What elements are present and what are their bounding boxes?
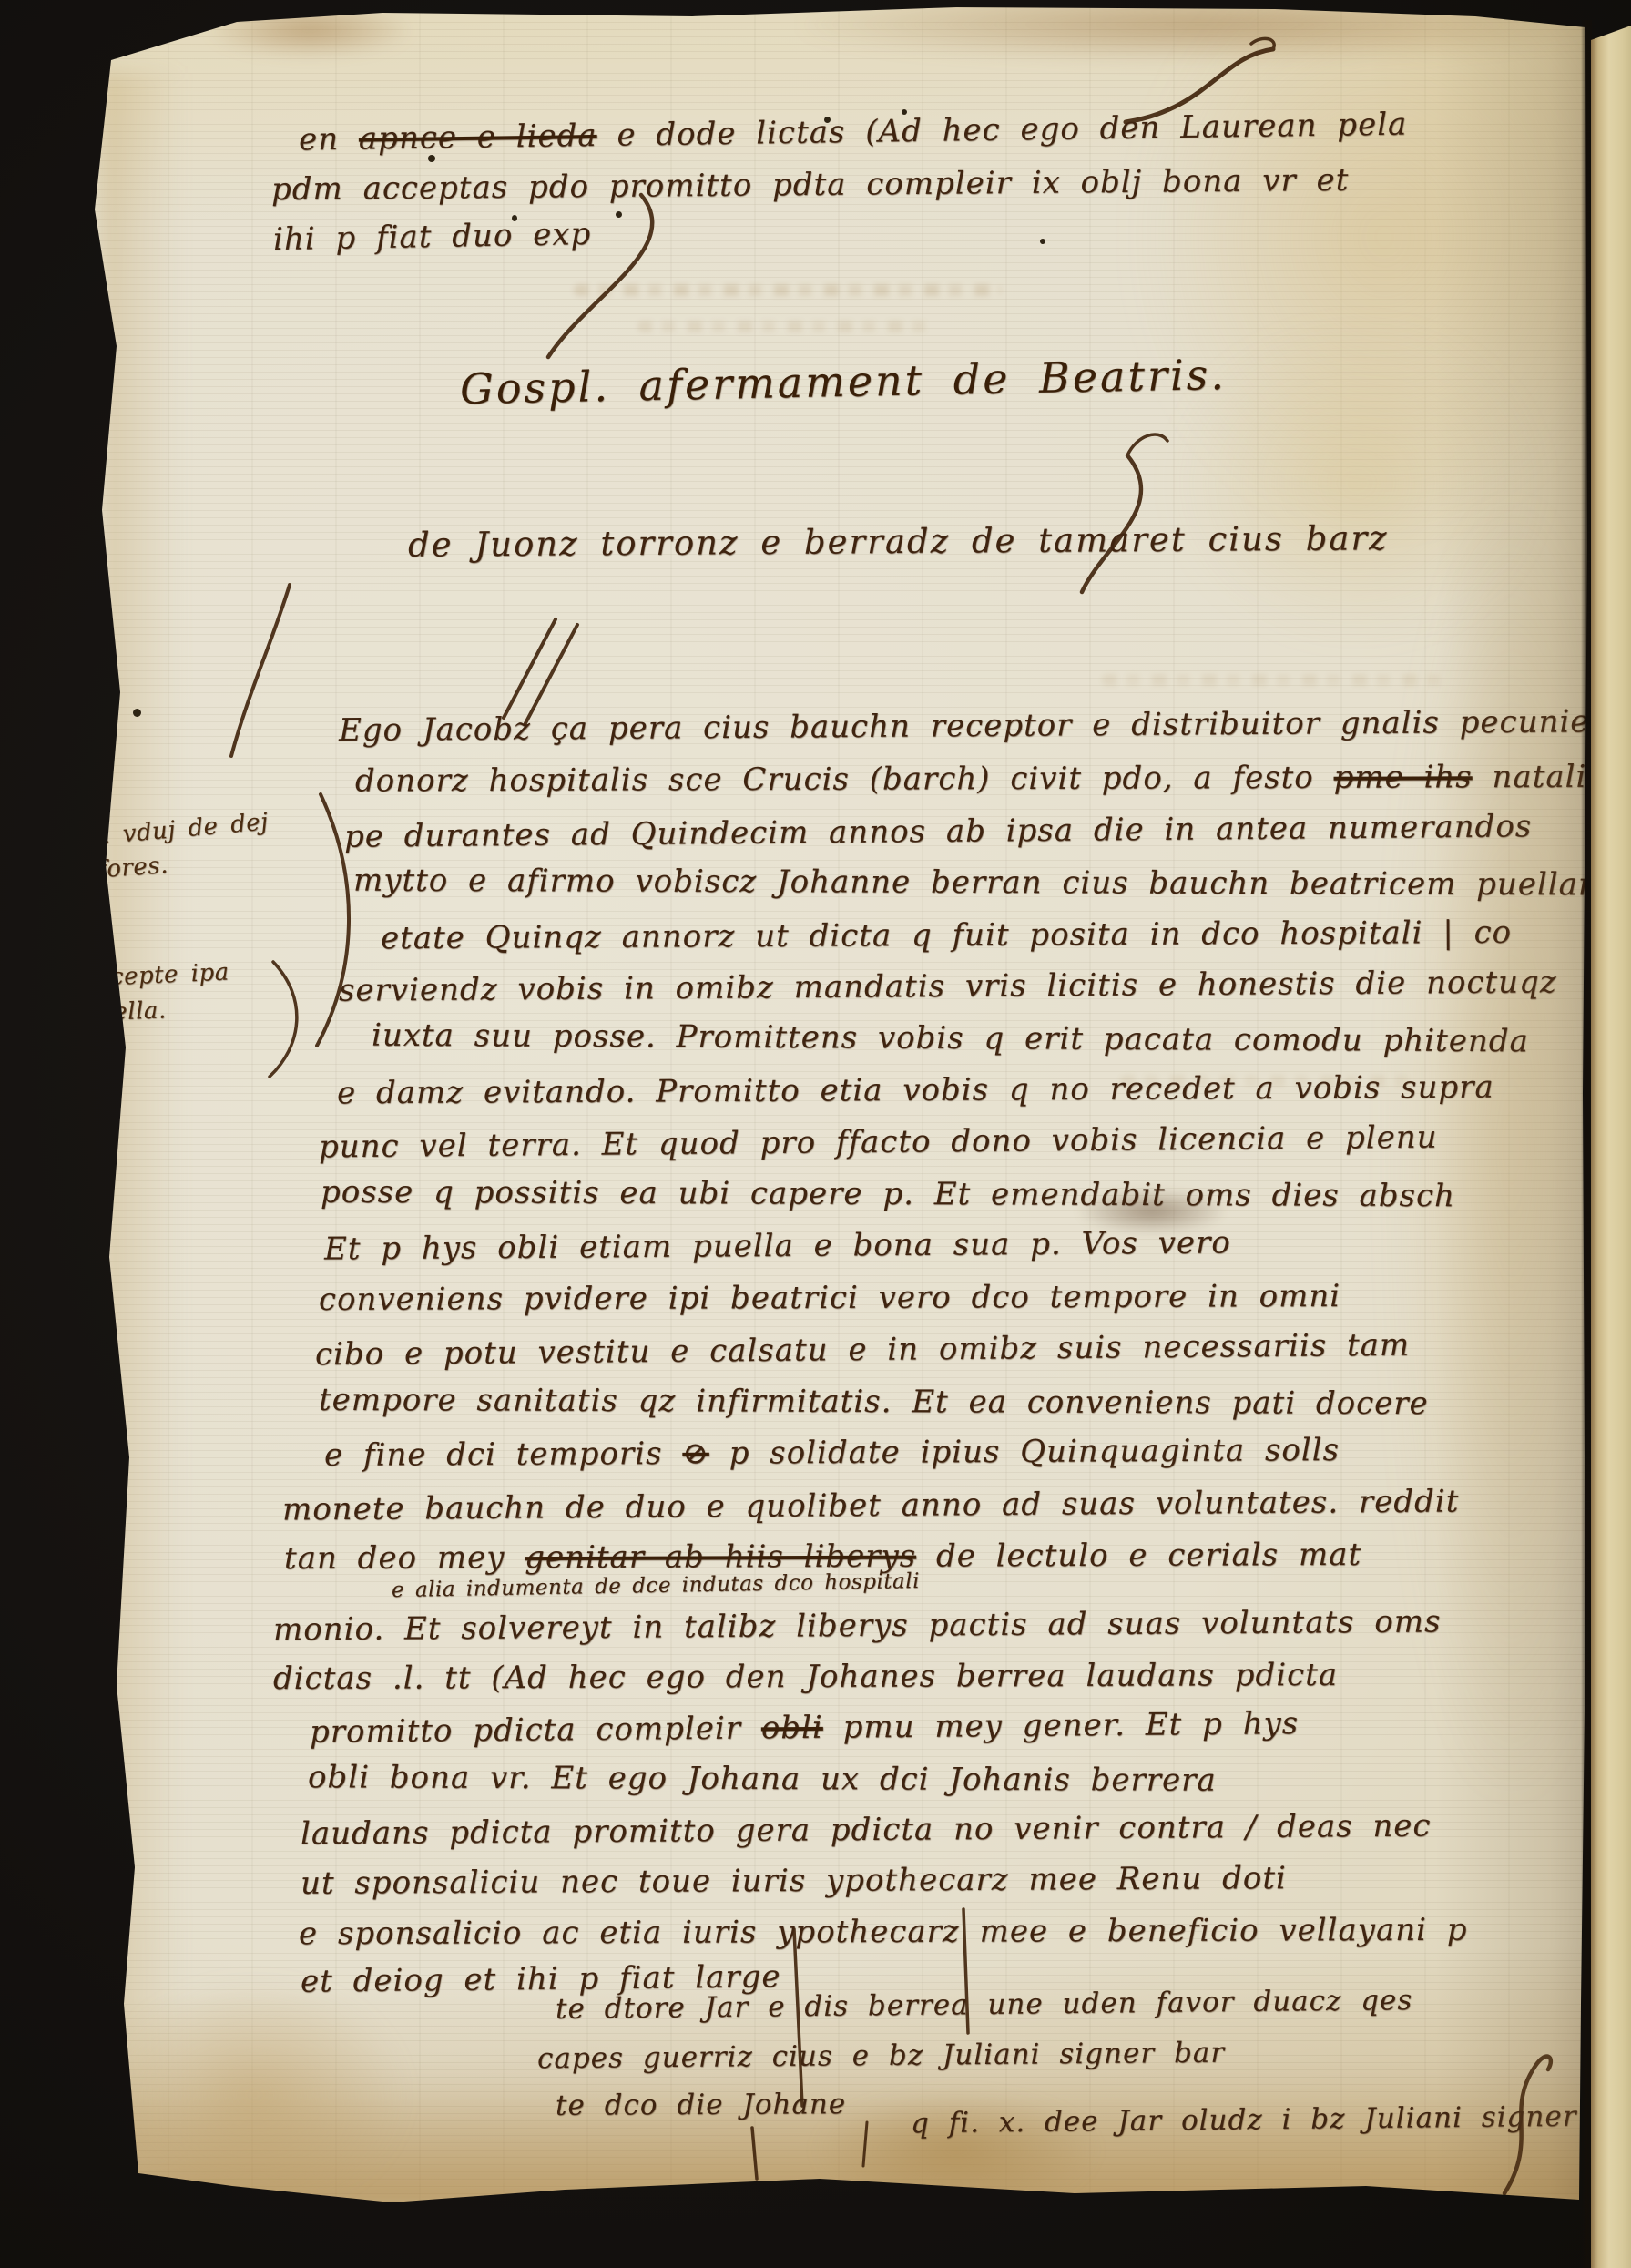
manuscript-line: en apnce e lieda e dode lictas (Ad hec e… <box>299 109 1408 156</box>
manuscript-line: e fine dci temporis ⊘ p solidate ipius Q… <box>324 1435 1340 1471</box>
wormhole-speck <box>616 211 622 218</box>
manuscript-line: cibo e potu vestitu e calsatu e in omibz… <box>315 1330 1410 1370</box>
paper-stain <box>100 73 182 2150</box>
line-text: promitto pdicta compleir <box>310 1710 761 1750</box>
manuscript-line: pdm acceptas pdo promitto pdta compleir … <box>271 165 1350 205</box>
manuscript-line: e damz evitando. Promitto etia vobis q n… <box>337 1072 1494 1109</box>
manuscript-line: conveniens pvidere ipi beatrici vero dco… <box>319 1281 1340 1315</box>
witness-line: capes guerriz cius e bz Juliani signer b… <box>537 2039 1225 2074</box>
paper-stain <box>109 2077 1603 2213</box>
manuscript-line: laudans pdicta promitto gera pdicta no v… <box>301 1811 1432 1850</box>
paper-stain <box>1175 328 1539 638</box>
paper-stain <box>109 1986 401 2204</box>
manuscript-line: Et p hys obli etiam puella e bona sua p.… <box>324 1228 1231 1265</box>
manuscript-line: obli bona vr. Et ego Johana ux dci Johan… <box>308 1762 1217 1795</box>
paper-stain <box>209 4 410 56</box>
wormhole-speck <box>133 709 141 717</box>
binding-gutter <box>1581 20 1592 2268</box>
struck-text: apnce e lieda <box>359 117 597 158</box>
manuscript-line: pe durantes ad Quindecim annos ab ipsa d… <box>344 811 1533 852</box>
line-text: p solidate ipius Quinquaginta solls <box>709 1432 1340 1472</box>
manuscript-line: monete bauchn de duo e quolibet anno ad … <box>282 1486 1460 1525</box>
manuscript-line: punc vel terra. Et quod pro ffacto dono … <box>319 1122 1438 1163</box>
next-folio-edge <box>1591 26 1631 2268</box>
witness-line: te dtore Jar e dis berrea une uden favor… <box>556 1987 1413 2024</box>
bleedthrough-ghost <box>1102 674 1448 686</box>
manuscript-line: ut sponsaliciu nec toue iuris ypothecarz… <box>301 1863 1287 1899</box>
manuscript-line: posse q possitis ea ubi capere p. Et eme… <box>321 1177 1455 1211</box>
entry-heading: Gospl. afermament de Beatris. <box>460 353 1228 410</box>
struck-text: obli <box>761 1710 823 1747</box>
struck-text: ⊘ <box>682 1435 709 1472</box>
manuscript-line: serviendz vobis in omibz mandatis vris l… <box>339 966 1557 1006</box>
struck-text: pme ihs <box>1333 759 1472 796</box>
manuscript-line: tan deo mey genitar ab hiis liberys de l… <box>284 1539 1361 1574</box>
manuscript-line: Ego Jacobz ça pera cius bauchn receptor … <box>339 706 1631 746</box>
line-text: de lectulo e cerials mat <box>916 1537 1361 1575</box>
manuscript-line: dictas .l. tt (Ad hec ego den Johanes be… <box>273 1660 1338 1694</box>
manuscript-page: en apnce e lieda e dode lictas (Ad hec e… <box>0 0 1631 2268</box>
manuscript-line: monio. Et solvereyt in talibz liberys pa… <box>273 1607 1442 1646</box>
margin-note: p. vduj de dej <box>86 810 269 849</box>
manuscript-line: tempore sanitatis qz infirmitatis. Et ea… <box>319 1384 1429 1419</box>
line-text: e fine dci temporis <box>324 1435 683 1474</box>
line-text: donorz hospitalis sce Crucis (barch) civ… <box>355 760 1334 800</box>
manuscript-line: mytto e afirmo vobiscz Johanne berran ci… <box>353 865 1608 901</box>
paper-stain <box>801 0 1603 60</box>
witness-line: q fi. x. dee Jar oludz i bz Juliani sign… <box>911 2102 1631 2139</box>
manuscript-line: promitto pdicta compleir obli pmu mey ge… <box>310 1708 1299 1747</box>
margin-note: decepte ipa <box>80 960 230 990</box>
line-text: tan deo mey <box>284 1539 525 1577</box>
line-text: en <box>299 121 359 158</box>
paper-stain <box>1138 0 1630 528</box>
bleedthrough-ghost <box>574 284 1002 296</box>
manuscript-line: etate Quinqz annorz ut dicta q fuit posi… <box>381 917 1512 955</box>
witness-line: te dco die Johane <box>556 2090 846 2120</box>
margin-note: puella. <box>82 998 168 1025</box>
wormhole-speck <box>1040 239 1045 244</box>
manuscript-line: ihi p fiat duo exp <box>273 219 592 255</box>
line-text: e dode lictas (Ad hec ego den Laurean pe… <box>596 107 1407 154</box>
line-text: pmu mey gener. Et p hys <box>823 1705 1300 1746</box>
photograph-background: en apnce e lieda e dode lictas (Ad hec e… <box>0 0 1631 2268</box>
manuscript-line: donorz hospitalis sce Crucis (barch) civ… <box>355 761 1631 796</box>
entry-subheading: de Juonz torronz e berradz de tamaret ci… <box>408 521 1389 562</box>
manuscript-line: e sponsalicio ac etia iuris ypothecarz m… <box>299 1915 1468 1949</box>
bleedthrough-ghost <box>637 321 938 332</box>
margin-note: ffores. <box>87 853 168 883</box>
manuscript-line: iuxta suu posse. Promittens vobis q erit… <box>372 1020 1529 1057</box>
